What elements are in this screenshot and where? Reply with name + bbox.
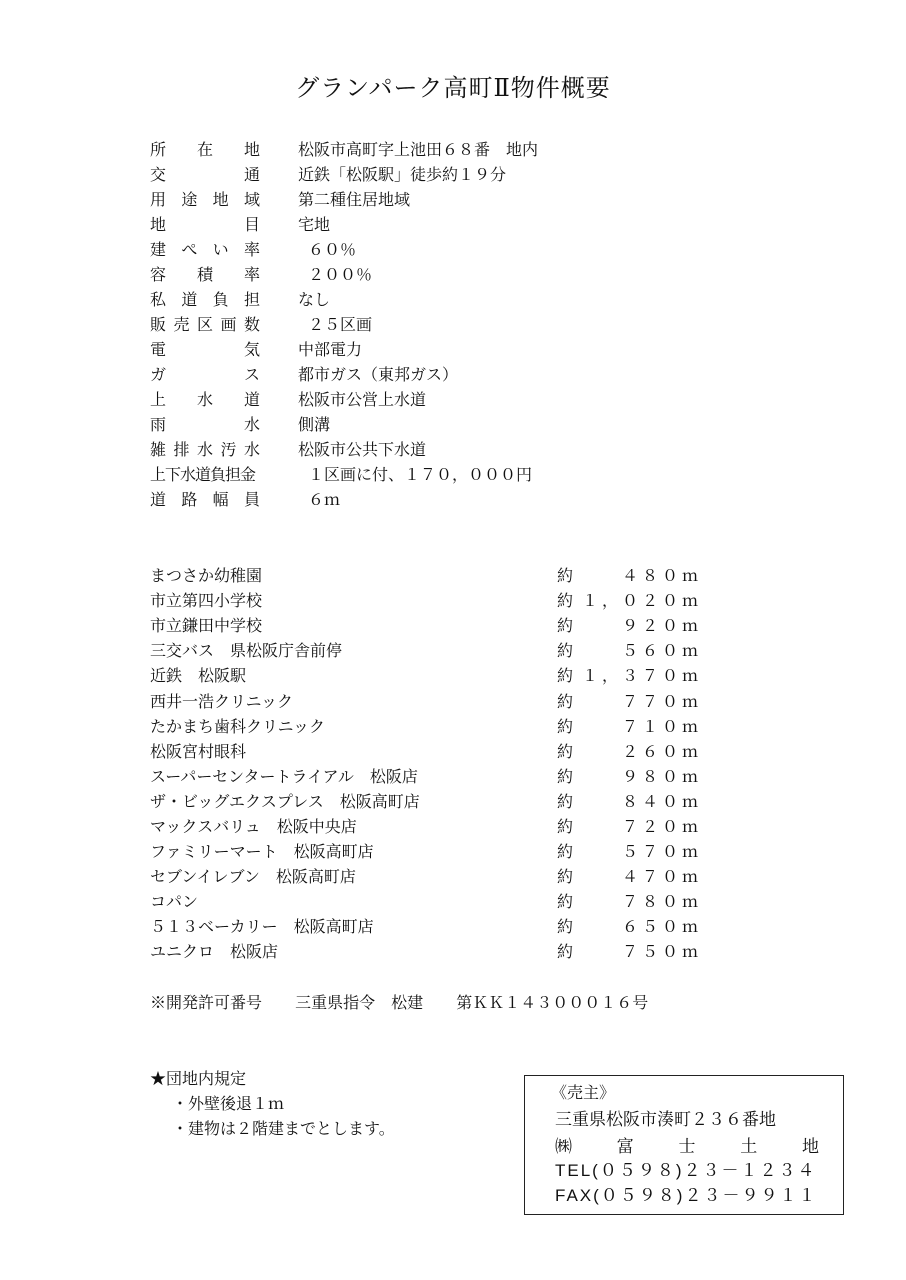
spec-value: 側溝 [298,412,330,435]
spec-label-char: 路 [181,487,197,510]
approx-label: 約 [557,839,573,862]
spec-label-char: 積 [197,262,213,285]
facility-name: まつさか幼稚園 [150,563,262,586]
company-char: 土 [740,1132,757,1157]
spec-value: ６０％ [308,237,356,260]
approx-label: 約 [557,563,573,586]
company-char: 富 [617,1132,634,1157]
facility-name: 市立第四小学校 [150,588,262,611]
facility-name: 松阪宮村眼科 [150,739,246,762]
approx-label: 約 [557,588,573,611]
spec-label-char: 地 [150,212,166,235]
facility-distance: ７８０ｍ [622,889,702,912]
facility-row: スーパーセンタートライアル 松阪店約９８０ｍ [150,763,710,788]
permit-number: 第ＫＫ１４３０００１６号 [456,993,648,1012]
spec-label-char: 雨 [150,412,166,435]
spec-row: 上下水道負担金１区画に付、１７０，０００円 [150,461,538,486]
spec-label-char: 私 [150,287,166,310]
spec-label-char: 画 [220,312,236,335]
facility-distance: ５７０ｍ [622,839,702,862]
facility-distance: ４８０ｍ [622,563,702,586]
spec-label-char: 上下水道負担金 [150,462,255,485]
spec-label-char: 道 [244,387,260,410]
seller-address: 三重県松阪市湊町２３６番地 [555,1105,776,1130]
seller-fax: FAX(０５９８)２３－９９１１ [555,1181,817,1206]
facility-distance: ２６０ｍ [622,739,702,762]
spec-row: 交通近鉄「松阪駅」徒歩約１９分 [150,161,538,186]
spec-row: 販売区画数２５区画 [150,311,538,336]
facility-distance: １，０２０ｍ [582,588,702,611]
facility-distance: ９８０ｍ [622,764,702,787]
facility-name: 近鉄 松阪駅 [150,663,246,686]
facility-distance: ５６０ｍ [622,638,702,661]
spec-row: 電気中部電力 [150,336,538,361]
spec-label: 容積率 [150,262,260,285]
spec-label-char: 途 [181,187,197,210]
approx-label: 約 [557,638,573,661]
spec-label-char: 用 [150,187,166,210]
spec-label-char: 所 [150,137,166,160]
spec-label-char: 道 [150,487,166,510]
spec-row: 用途地域第二種住居地域 [150,186,538,211]
spec-label-char: 幅 [213,487,229,510]
spec-label-char: 域 [244,187,260,210]
spec-row: 雨水側溝 [150,411,538,436]
facility-distance: ７２０ｍ [622,814,702,837]
spec-value: 宅地 [298,212,330,235]
approx-label: 約 [557,689,573,712]
approx-label: 約 [557,764,573,787]
spec-label-char: 員 [244,487,260,510]
facility-name: ５１３ベーカリー 松阪高町店 [150,914,374,937]
spec-value: 近鉄「松阪駅」徒歩約１９分 [298,162,506,185]
facility-name: 西井一浩クリニック [150,689,293,712]
spec-row: 雑排水汚水松阪市公共下水道 [150,436,538,461]
spec-row: 所在地松阪市高町字上池田６８番 地内 [150,136,538,161]
facility-row: 西井一浩クリニック約７７０ｍ [150,687,710,712]
spec-label-char: 水 [197,387,213,410]
seller-info-box: 《売主》 三重県松阪市湊町２３６番地 ㈱ 富 士 土 地 TEL(０５９８)２３… [524,1075,844,1215]
development-permit: ※開発許可番号 三重県指令 松建 第ＫＫ１４３０００１６号 [150,990,648,1013]
spec-label-char: 水 [197,437,213,460]
approx-label: 約 [557,939,573,962]
spec-value: 松阪市高町字上池田６８番 地内 [298,137,538,160]
facility-name: 市立鎌田中学校 [150,613,262,636]
seller-company: ㈱ 富 士 土 地 [555,1132,819,1157]
spec-label-char: 水 [244,412,260,435]
spec-row: 道路幅員６ｍ [150,486,538,511]
spec-label-char: 容 [150,262,166,285]
permit-label: ※開発許可番号 [150,993,262,1012]
spec-label-char: 負 [213,287,229,310]
spec-label-char: 担 [244,287,260,310]
spec-label-char: 地 [213,187,229,210]
facility-row: マックスバリュ 松阪中央店約７２０ｍ [150,813,710,838]
facility-row: コパン約７８０ｍ [150,888,710,913]
facility-name: スーパーセンタートライアル 松阪店 [150,764,418,787]
spec-value: 第二種住居地域 [298,187,410,210]
facility-name: コパン [150,889,198,912]
spec-label-char: ス [244,362,260,385]
facility-row: まつさか幼稚園約４８０ｍ [150,562,710,587]
spec-label: 私道負担 [150,287,260,310]
spec-label-char: 建 [150,237,166,260]
spec-label: 地目 [150,212,260,235]
rule-item: ・建物は２階建までとします。 [150,1116,395,1141]
spec-label: 道路幅員 [150,487,260,510]
facility-row: ５１３ベーカリー 松阪高町店約６５０ｍ [150,913,710,938]
facility-name: ユニクロ 松阪店 [150,939,278,962]
spec-label-char: ぺ [181,237,197,260]
spec-label: 電気 [150,337,260,360]
spec-label-char: 交 [150,162,166,185]
permit-authority: 三重県指令 松建 [295,993,423,1012]
facility-name: ザ・ビッグエクスプレス 松阪高町店 [150,789,420,812]
company-char: ㈱ [555,1132,572,1157]
facility-distance: ８４０ｍ [622,789,702,812]
spec-value: ２００％ [308,262,372,285]
spec-row: 容積率２００％ [150,261,538,286]
spec-label-char: い [213,237,229,260]
facility-name: たかまち歯科クリニック [150,714,325,737]
spec-label: 上下水道負担金 [150,462,260,485]
facility-name: セブンイレブン 松阪高町店 [150,864,356,887]
spec-label-char: 電 [150,337,166,360]
spec-label: 雑排水汚水 [150,437,260,460]
document-title: グランパーク高町Ⅱ物件概要 [0,68,906,103]
spec-label-char: ガ [150,362,166,385]
facility-distance: １，３７０ｍ [582,663,702,686]
facility-distance: ９２０ｍ [622,613,702,636]
spec-value: ６ｍ [308,487,340,510]
facility-row: 近鉄 松阪駅約１，３７０ｍ [150,662,710,687]
facility-row: ユニクロ 松阪店約７５０ｍ [150,938,710,963]
spec-label-char: 雑 [150,437,166,460]
nearby-facilities-table: まつさか幼稚園約４８０ｍ市立第四小学校約１，０２０ｍ市立鎌田中学校約９２０ｍ三交… [150,562,710,964]
approx-label: 約 [557,889,573,912]
spec-label: 所在地 [150,137,260,160]
spec-label-char: 数 [244,312,260,335]
facility-name: ファミリーマート 松阪高町店 [150,839,374,862]
facility-distance: ７１０ｍ [622,714,702,737]
facility-name: マックスバリュ 松阪中央店 [150,814,357,837]
spec-label-char: 上 [150,387,166,410]
spec-label-char: 売 [173,312,189,335]
seller-tel: TEL(０５９８)２３－１２３４ [555,1156,817,1181]
facility-row: 市立鎌田中学校約９２０ｍ [150,612,710,637]
approx-label: 約 [557,789,573,812]
spec-row: ガス都市ガス（東邦ガス） [150,361,538,386]
spec-value: 中部電力 [298,337,362,360]
spec-label-char: 販 [150,312,166,335]
spec-value: １区画に付、１７０，０００円 [308,462,532,485]
approx-label: 約 [557,714,573,737]
rules-title: ★団地内規定 [150,1066,395,1091]
facility-distance: ７５０ｍ [622,939,702,962]
seller-title: 《売主》 [551,1080,615,1103]
spec-value: ２５区画 [308,312,372,335]
spec-label: 建ぺい率 [150,237,260,260]
facility-row: 松阪宮村眼科約２６０ｍ [150,738,710,763]
facility-row: 市立第四小学校約１，０２０ｍ [150,587,710,612]
approx-label: 約 [557,739,573,762]
spec-label-char: 通 [244,162,260,185]
rule-item: ・外壁後退１ｍ [150,1091,395,1116]
spec-label-char: 水 [244,437,260,460]
spec-row: 上水道松阪市公営上水道 [150,386,538,411]
facility-row: 三交バス 県松阪庁舎前停約５６０ｍ [150,637,710,662]
spec-row: 地目宅地 [150,211,538,236]
spec-label-char: 地 [244,137,260,160]
facility-row: たかまち歯科クリニック約７１０ｍ [150,713,710,738]
spec-value: なし [298,287,330,310]
spec-label-char: 目 [244,212,260,235]
approx-label: 約 [557,663,573,686]
spec-label-char: 道 [181,287,197,310]
spec-label: 用途地域 [150,187,260,210]
property-spec-table: 所在地松阪市高町字上池田６８番 地内交通近鉄「松阪駅」徒歩約１９分用途地域第二種… [150,136,538,511]
spec-label-char: 率 [244,262,260,285]
facility-distance: ６５０ｍ [622,914,702,937]
spec-row: 建ぺい率６０％ [150,236,538,261]
spec-value: 松阪市公共下水道 [298,437,426,460]
facility-row: ファミリーマート 松阪高町店約５７０ｍ [150,838,710,863]
spec-label: 雨水 [150,412,260,435]
spec-label: 交通 [150,162,260,185]
spec-label-char: 率 [244,237,260,260]
facility-distance: ４７０ｍ [622,864,702,887]
facility-distance: ７７０ｍ [622,689,702,712]
spec-value: 松阪市公営上水道 [298,387,426,410]
approx-label: 約 [557,613,573,636]
spec-label: 上水道 [150,387,260,410]
company-char: 地 [802,1132,819,1157]
spec-value: 都市ガス（東邦ガス） [298,362,458,385]
spec-label: ガス [150,362,260,385]
facility-name: 三交バス 県松阪庁舎前停 [150,638,342,661]
company-char: 士 [679,1132,696,1157]
spec-label: 販売区画数 [150,312,260,335]
spec-row: 私道負担なし [150,286,538,311]
facility-row: セブンイレブン 松阪高町店約４７０ｍ [150,863,710,888]
facility-row: ザ・ビッグエクスプレス 松阪高町店約８４０ｍ [150,788,710,813]
spec-label-char: 区 [197,312,213,335]
approx-label: 約 [557,914,573,937]
spec-label-char: 気 [244,337,260,360]
spec-label-char: 汚 [220,437,236,460]
approx-label: 約 [557,814,573,837]
approx-label: 約 [557,864,573,887]
spec-label-char: 在 [197,137,213,160]
spec-label-char: 排 [173,437,189,460]
estate-rules: ★団地内規定 ・外壁後退１ｍ ・建物は２階建までとします。 [150,1066,395,1141]
